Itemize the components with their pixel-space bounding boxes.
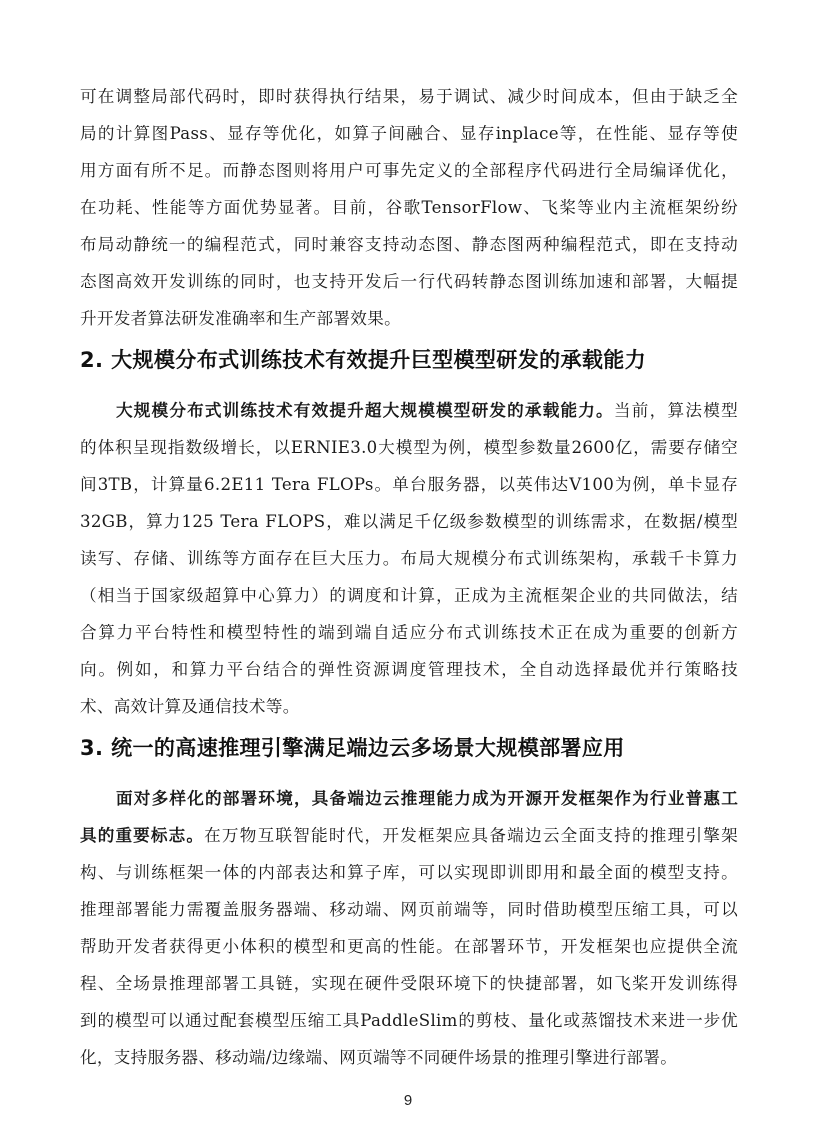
lead-rest: 当前，算法模型 (614, 401, 738, 420)
text-line: 程、全场景推理部署工具链，实现在硬件受限环境下的快捷部署，如飞桨开发训练得 (80, 972, 738, 996)
section-heading-3: 3. 统一的高速推理引擎满足端边云多场景大规模部署应用 (80, 733, 625, 763)
text-line: 向。例如，和算力平台结合的弹性资源调度管理技术，全自动选择最优并行策略技 (80, 658, 738, 682)
text-line: 化，支持服务器、移动端/边缘端、网页端等不同硬件场景的推理引擎进行部署。 (80, 1046, 738, 1070)
bold-lead-sentence: 大规模分布式训练技术有效提升超大规模模型研发的承载能力。 (116, 401, 614, 420)
text-line: 到的模型可以通过配套模型压缩工具PaddleSlim的剪枝、量化或蒸馏技术来进一… (80, 1009, 738, 1033)
bold-lead-sentence-end: 具的重要标志。 (80, 826, 204, 845)
text-line-lead: 大规模分布式训练技术有效提升超大规模模型研发的承载能力。当前，算法模型 (116, 399, 738, 423)
text-line: 局的计算图Pass、显存等优化，如算子间融合、显存inplace等，在性能、显存… (80, 122, 738, 146)
text-line-bold-lead: 面对多样化的部署环境，具备端边云推理能力成为开源开发框架作为行业普惠工 (116, 787, 738, 811)
text-line: 推理部署能力需覆盖服务器端、移动端、网页前端等，同时借助模型压缩工具，可以 (80, 898, 738, 922)
text-line: 术、高效计算及通信技术等。 (80, 695, 738, 719)
text-line: 在功耗、性能等方面优势显著。目前，谷歌TensorFlow、飞桨等业内主流框架纷… (80, 196, 738, 220)
text-line: 布局动静统一的编程范式，同时兼容支持动态图、静态图两种编程范式，即在支持动 (80, 233, 738, 257)
text-line: 帮助开发者获得更小体积的模型和更高的性能。在部署环节，开发框架也应提供全流 (80, 935, 738, 959)
text-line: 态图高效开发训练的同时，也支持开发后一行代码转静态图训练加速和部署，大幅提 (80, 270, 738, 294)
text-line-lead: 具的重要标志。在万物互联智能时代，开发框架应具备端边云全面支持的推理引擎架 (80, 824, 738, 848)
text-line: 的体积呈现指数级增长，以ERNIE3.0大模型为例，模型参数量2600亿，需要存… (80, 436, 738, 460)
section-heading-2: 2. 大规模分布式训练技术有效提升巨型模型研发的承载能力 (80, 345, 646, 375)
text-line: 32GB，算力125 Tera FLOPS，难以满足千亿级参数模型的训练需求，在… (80, 510, 738, 534)
lead-rest: 在万物互联智能时代，开发框架应具备端边云全面支持的推理引擎架 (204, 826, 738, 845)
page-number: 9 (0, 1092, 816, 1109)
text-line: 间3TB，计算量6.2E11 Tera FLOPs。单台服务器，以英伟达V100… (80, 473, 738, 497)
document-page: 可在调整局部代码时，即时获得执行结果，易于调试、减少时间成本，但由于缺乏全 局的… (0, 0, 816, 1145)
text-line: 用方面有所不足。而静态图则将用户可事先定义的全部程序代码进行全局编译优化， (80, 159, 738, 183)
text-line: 合算力平台特性和模型特性的端到端自适应分布式训练技术正在成为重要的创新方 (80, 621, 738, 645)
text-line: 构、与训练框架一体的内部表达和算子库，可以实现即训即用和最全面的模型支持。 (80, 861, 738, 885)
text-line: 可在调整局部代码时，即时获得执行结果，易于调试、减少时间成本，但由于缺乏全 (80, 85, 738, 109)
text-line: 读写、存储、训练等方面存在巨大压力。布局大规模分布式训练架构，承载千卡算力 (80, 547, 738, 571)
text-line: 升开发者算法研发准确率和生产部署效果。 (80, 307, 738, 331)
text-line: （相当于国家级超算中心算力）的调度和计算，正成为主流框架企业的共同做法，结 (80, 584, 738, 608)
